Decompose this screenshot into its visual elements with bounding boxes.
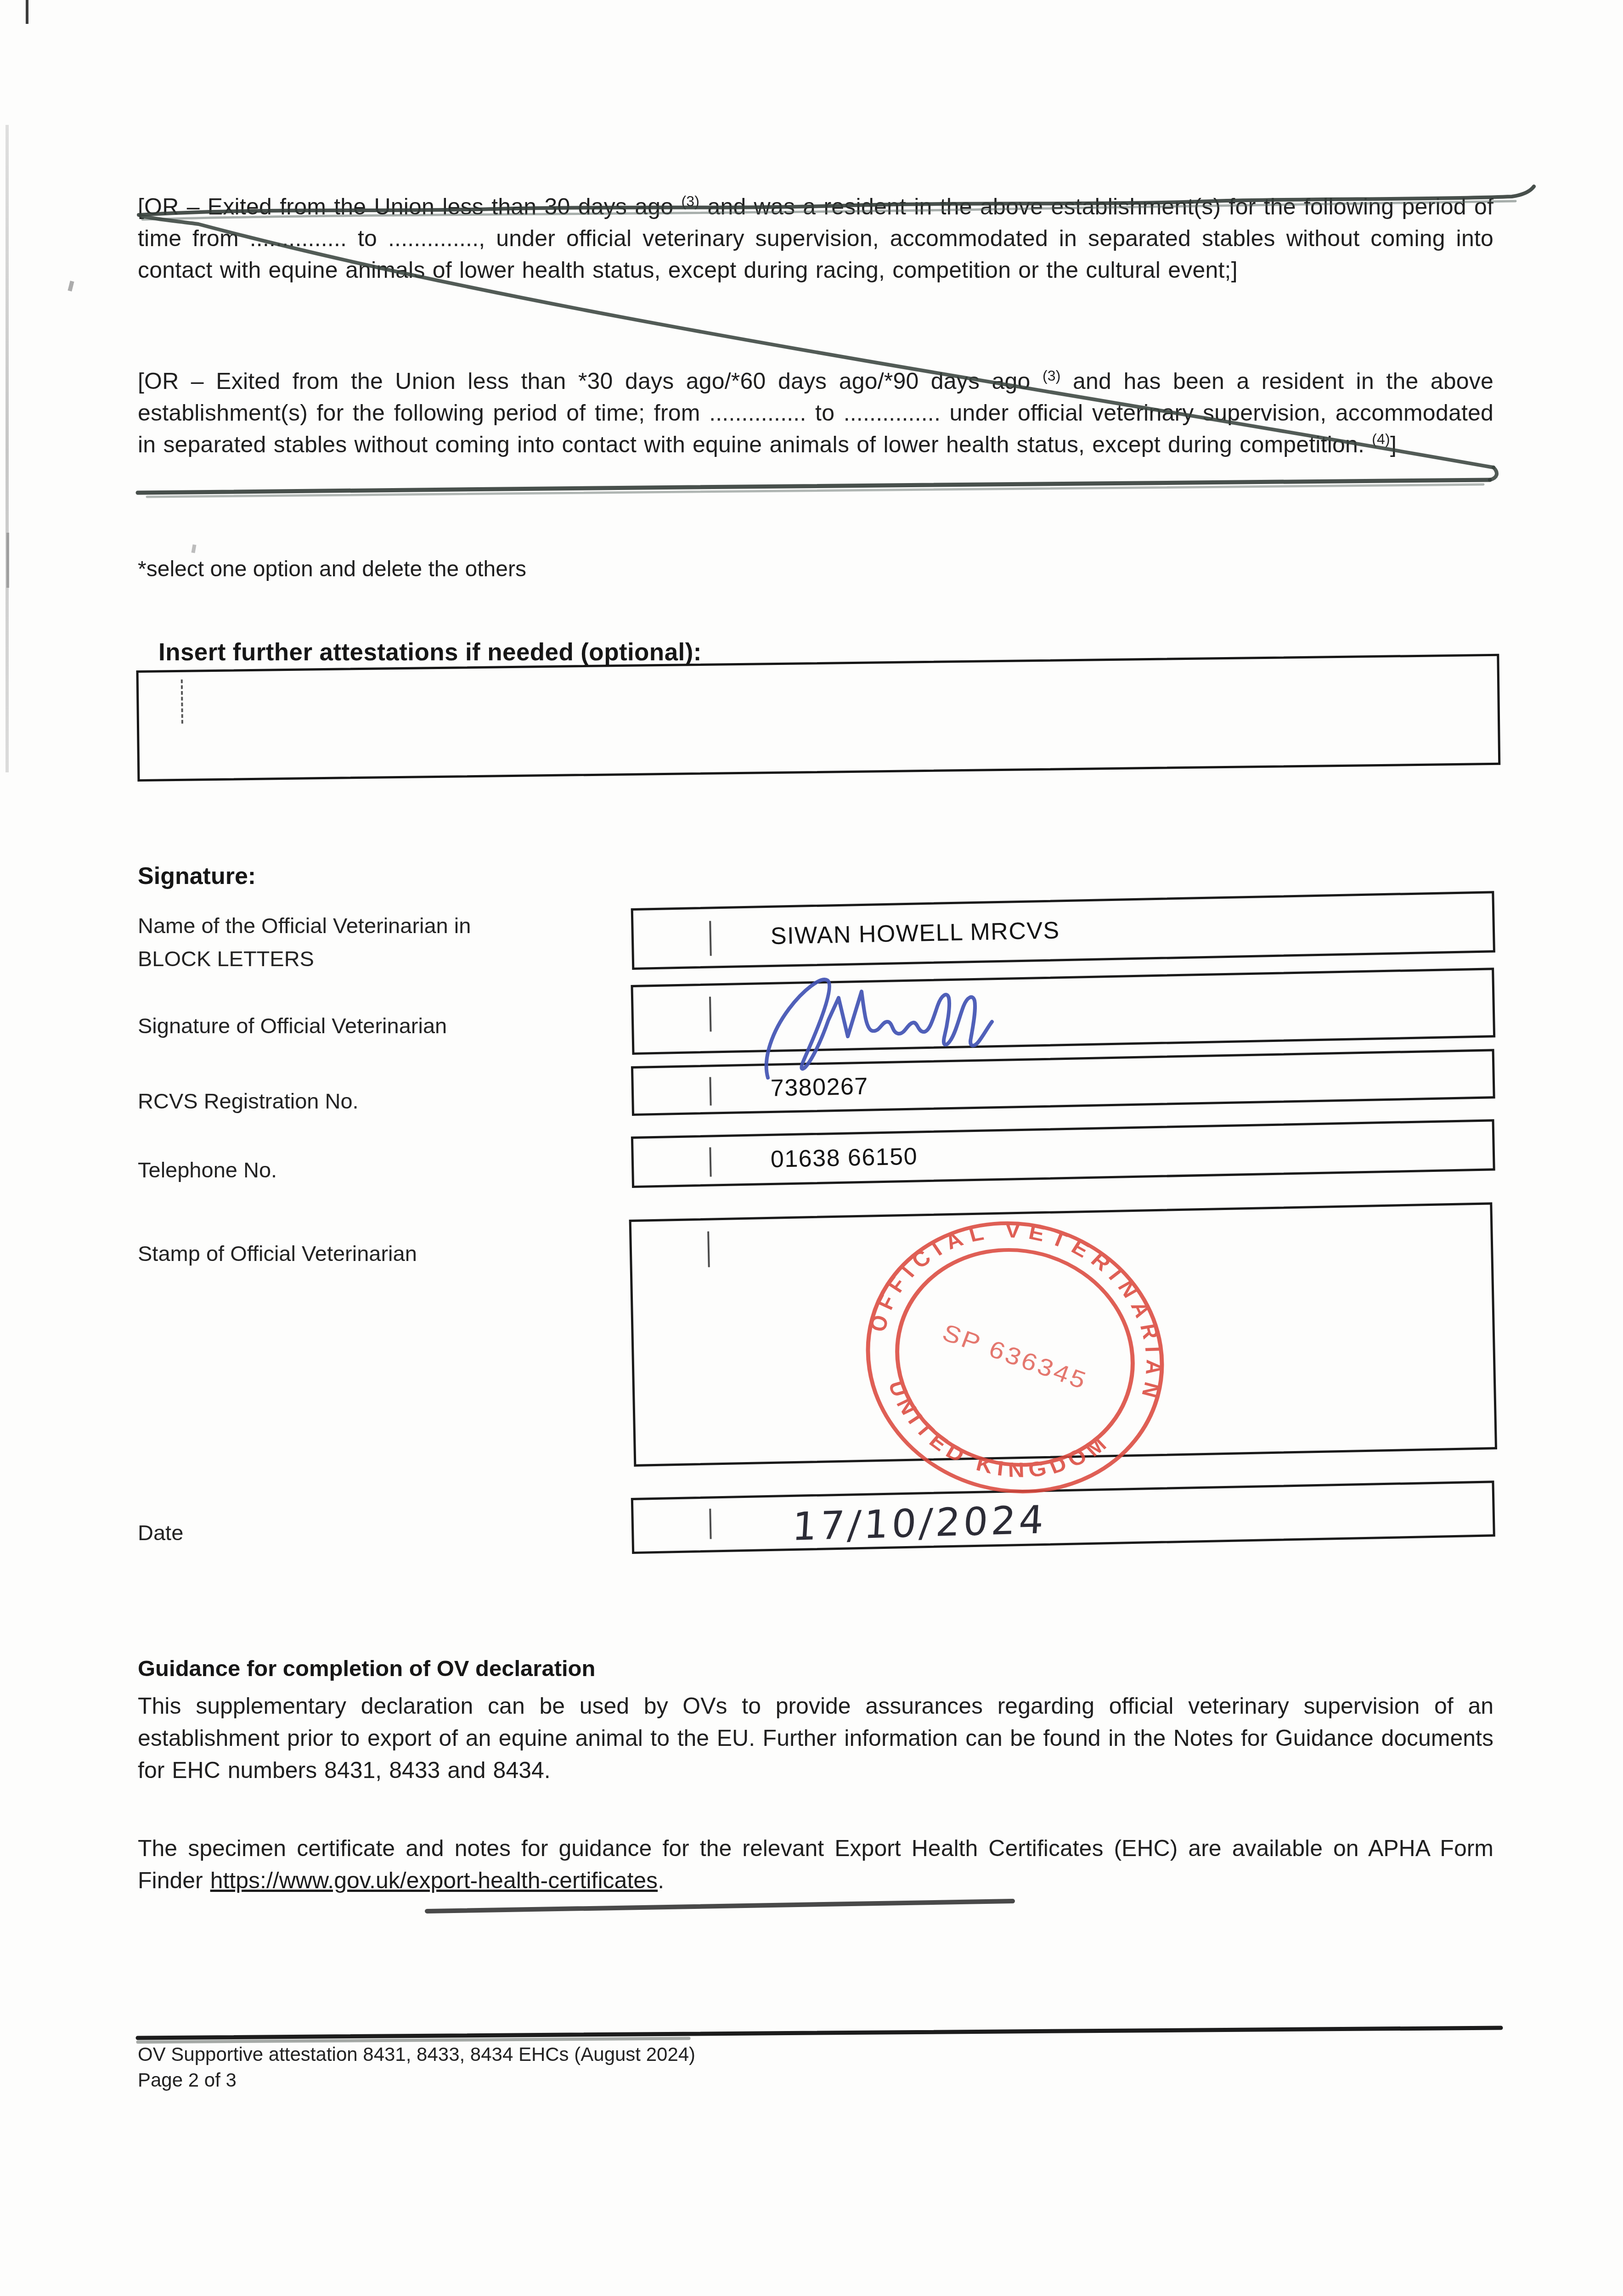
veterinarian-name-value: SIWAN HOWELL MRCVS bbox=[770, 917, 1060, 950]
signature-heading: Signature: bbox=[138, 862, 256, 890]
stamp-input-box bbox=[629, 1202, 1497, 1467]
field-tick-mark bbox=[709, 921, 712, 956]
attestations-input-box bbox=[136, 654, 1501, 782]
footer-document-title: OV Supportive attestation 8431, 8433, 84… bbox=[138, 2042, 695, 2067]
select-option-note: *select one option and delete the others bbox=[138, 557, 526, 582]
field-tick-mark bbox=[709, 1509, 711, 1539]
option-1-text: [OR – Exited from the Union less than 30… bbox=[138, 194, 682, 219]
name-label-line2: BLOCK LETTERS bbox=[138, 942, 634, 975]
scan-corner-tick bbox=[26, 0, 28, 24]
name-field-label: Name of the Official Veterinarian in BLO… bbox=[138, 909, 634, 975]
signature-input-box bbox=[631, 968, 1495, 1055]
footer: OV Supportive attestation 8431, 8433, 84… bbox=[138, 2042, 695, 2093]
option-2-text: [OR – Exited from the Union less than *3… bbox=[138, 368, 1043, 394]
guidance-2-period: . bbox=[658, 1868, 664, 1893]
footnote-ref-3: (3) bbox=[682, 193, 700, 209]
scan-speck bbox=[191, 544, 196, 553]
footnote-ref-3: (3) bbox=[1043, 367, 1061, 384]
name-label-line1: Name of the Official Veterinarian in bbox=[138, 909, 634, 942]
footnote-ref-4: (4) bbox=[1372, 431, 1390, 447]
option-paragraph-2: [OR – Exited from the Union less than *3… bbox=[138, 366, 1493, 461]
field-tick-mark bbox=[709, 1148, 711, 1177]
scanned-document-page: [OR – Exited from the Union less than 30… bbox=[0, 0, 1623, 2296]
footer-page-number: Page 2 of 3 bbox=[138, 2067, 695, 2093]
guidance-paragraph-2: The specimen certificate and notes for g… bbox=[138, 1832, 1493, 1896]
telephone-input-box: 01638 66150 bbox=[631, 1119, 1495, 1188]
scan-speck bbox=[68, 281, 74, 292]
field-tick-mark bbox=[707, 1232, 710, 1267]
guidance-paragraph-1: This supplementary declaration can be us… bbox=[138, 1690, 1493, 1786]
stamp-field-label: Stamp of Official Veterinarian bbox=[138, 1237, 417, 1270]
date-handwritten-value: 17/10/2024 bbox=[791, 1497, 1048, 1549]
date-input-box bbox=[631, 1480, 1495, 1554]
attestations-heading: Insert further attestations if needed (o… bbox=[158, 638, 702, 666]
signature-field-label: Signature of Official Veterinarian bbox=[138, 1009, 447, 1042]
field-tick-mark bbox=[709, 997, 712, 1032]
scan-edge-dash bbox=[6, 533, 9, 588]
telephone-value: 01638 66150 bbox=[770, 1142, 918, 1173]
option-paragraph-1: [OR – Exited from the Union less than 30… bbox=[138, 191, 1493, 286]
rcvs-input-box: 7380267 bbox=[631, 1049, 1495, 1116]
scan-edge-line bbox=[6, 125, 9, 772]
cursor-mark bbox=[181, 680, 183, 724]
rcvs-number-value: 7380267 bbox=[770, 1073, 868, 1102]
field-tick-mark bbox=[709, 1077, 711, 1106]
option-2-bracket: ] bbox=[1390, 432, 1397, 457]
rcvs-field-label: RCVS Registration No. bbox=[138, 1085, 359, 1118]
date-field-label: Date bbox=[138, 1516, 183, 1549]
name-input-box: SIWAN HOWELL MRCVS bbox=[631, 891, 1495, 970]
telephone-field-label: Telephone No. bbox=[138, 1154, 277, 1187]
guidance-heading: Guidance for completion of OV declaratio… bbox=[138, 1656, 595, 1682]
export-health-certificates-link: https://www.gov.uk/export-health-certifi… bbox=[210, 1868, 658, 1893]
